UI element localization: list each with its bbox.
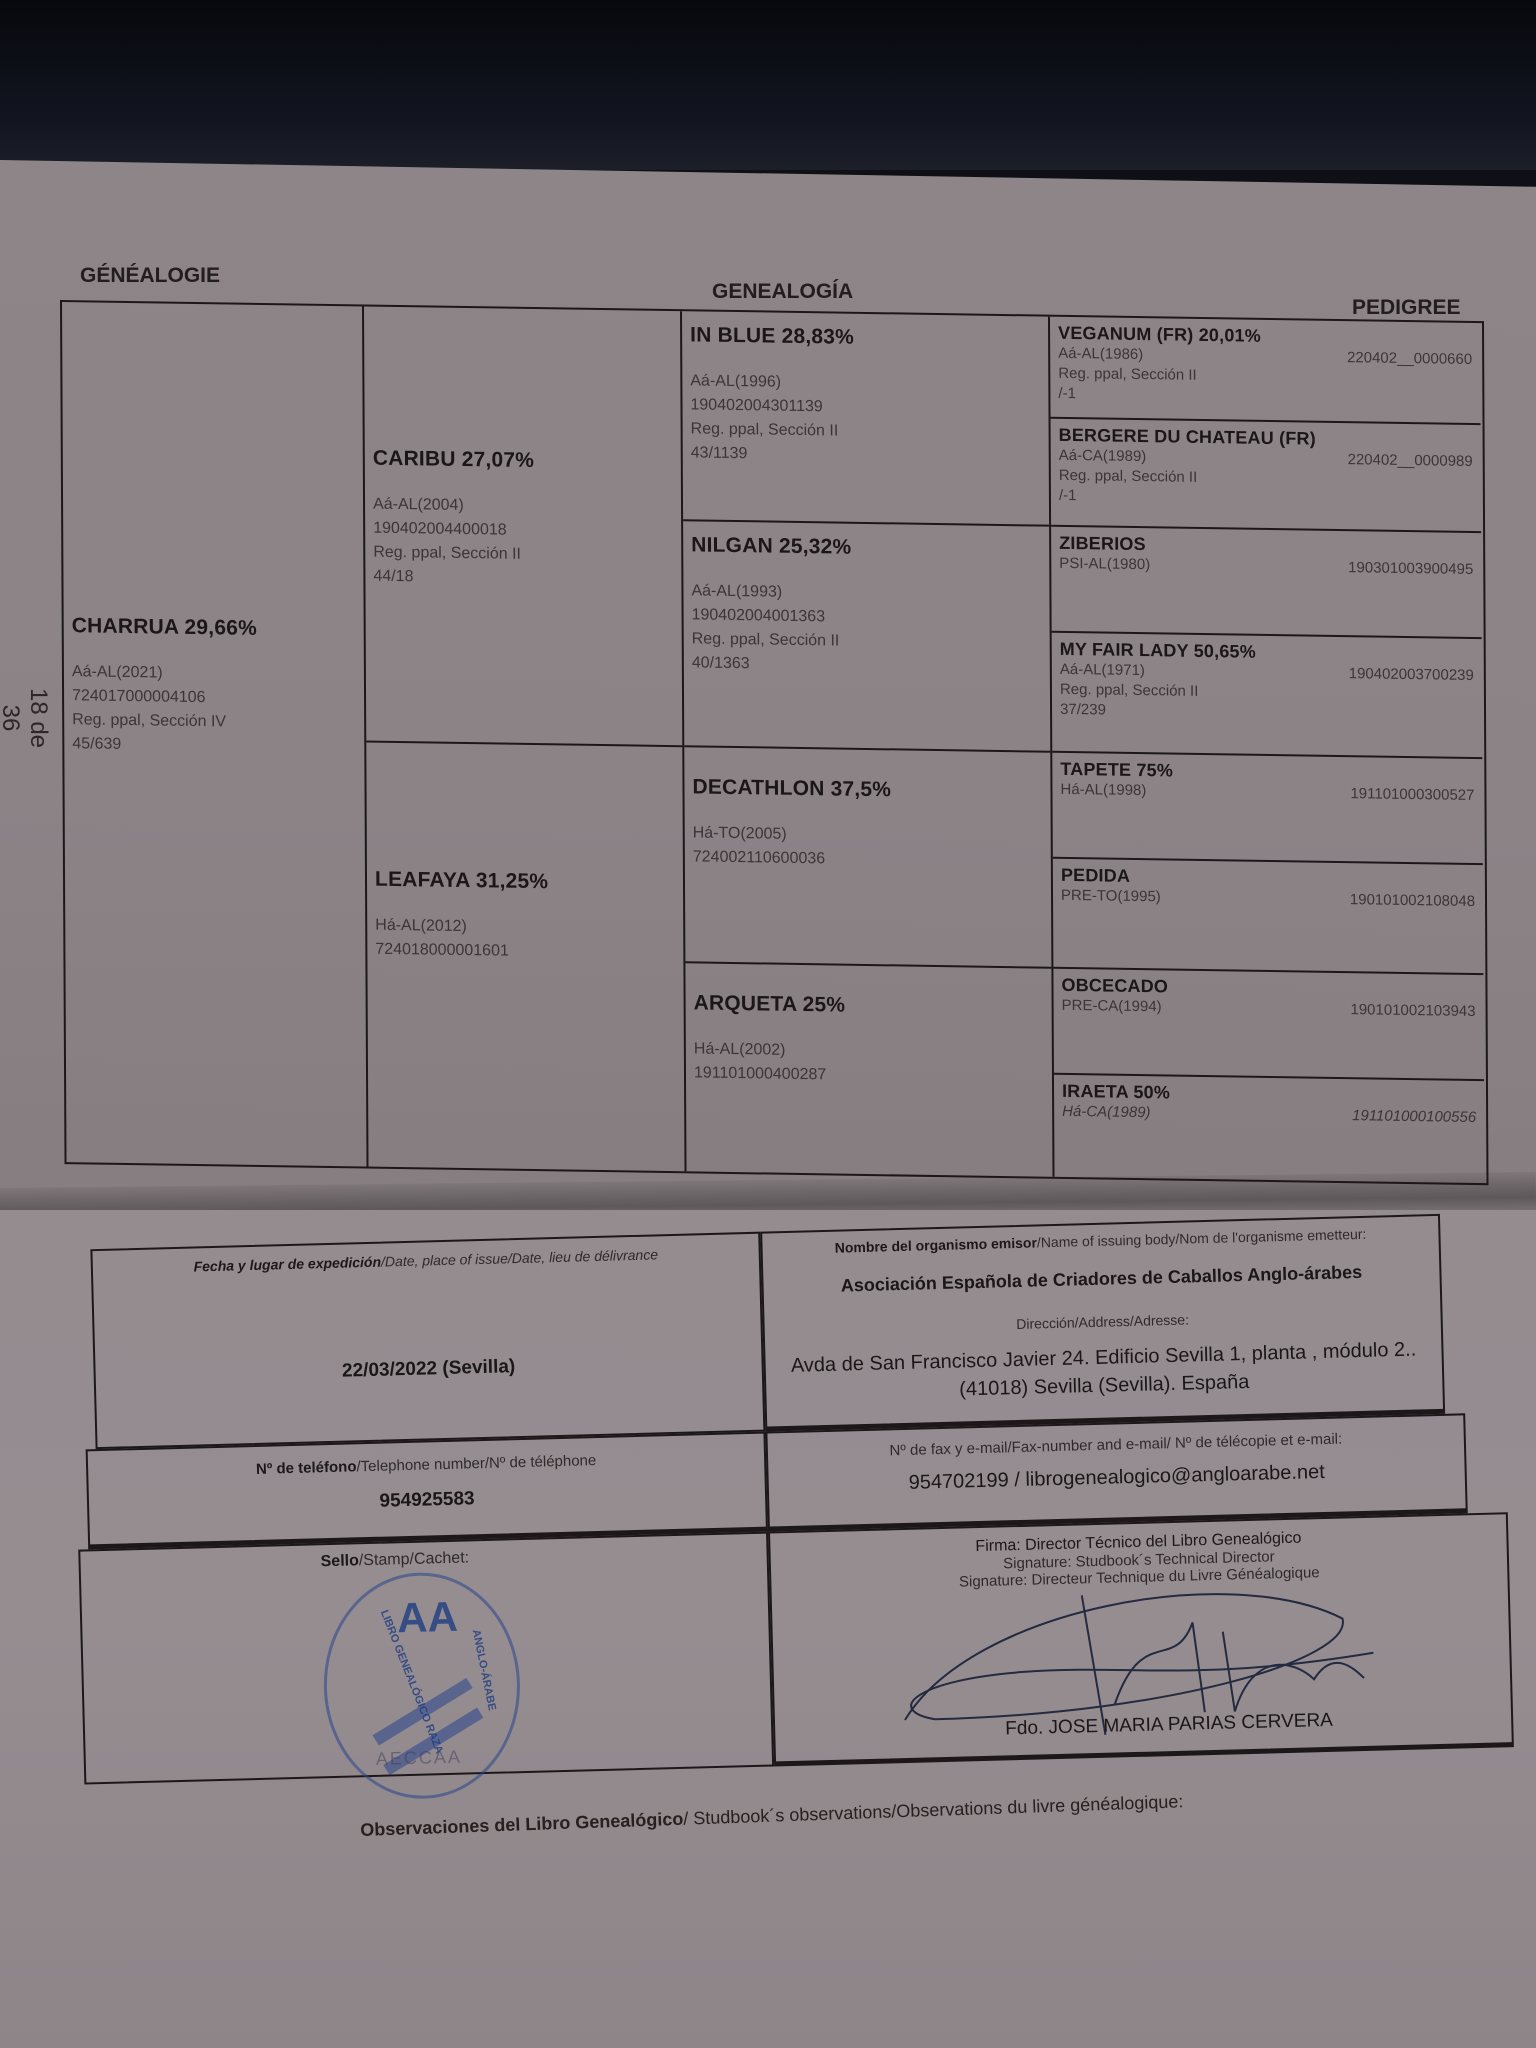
subject-book-ref: 45/639 bbox=[72, 732, 356, 760]
great-grandparent-breed-year: Aá-AL(1986) bbox=[1058, 345, 1143, 363]
great-grandparent-breed-year: PSI-AL(1980) bbox=[1059, 555, 1150, 573]
stamp-label: Sello/Stamp/Cachet: bbox=[320, 1549, 469, 1571]
great-grandparent-id: 191101000300527 bbox=[1350, 784, 1474, 806]
great-grandparent-id: 190301003900495 bbox=[1348, 558, 1473, 580]
stamp-bottom-text: AECCAA bbox=[376, 1747, 463, 1770]
pedigree-table: CHARRUA 29,66% Aá-AL(2021) 7240170000041… bbox=[60, 300, 1489, 1185]
great-grandparent-id: 191101000100556 bbox=[1352, 1106, 1476, 1128]
great-grandparent-breed-year: Há-CA(1989) bbox=[1062, 1103, 1150, 1121]
issuing-info-grid: Fecha y lugar de expedición/Date, place … bbox=[60, 1197, 1524, 1795]
grandparent-cell: DECATHLON 37,5% Há-TO(2005) 724002110600… bbox=[684, 745, 1051, 966]
issuing-body-label: Nombre del organismo emisor/Name of issu… bbox=[762, 1224, 1438, 1258]
great-grandparent-cell: TAPETE 75% Há-AL(1998)191101000300527 bbox=[1052, 751, 1483, 863]
phone-value: 954925583 bbox=[89, 1481, 765, 1521]
pedigree-parents-column: CARIBU 27,07% Aá-AL(2004) 19040200440001… bbox=[364, 307, 686, 1172]
issue-date-label: Fecha y lugar de expedición/Date, place … bbox=[93, 1244, 759, 1277]
pedigree-subject-column: CHARRUA 29,66% Aá-AL(2021) 7240170000041… bbox=[62, 302, 368, 1167]
grandparent-cell: IN BLUE 28,83% Aá-AL(1996) 1904020043011… bbox=[682, 311, 1049, 524]
fax-email-box: Nº de fax y e-mail/Fax-number and e-mail… bbox=[765, 1413, 1467, 1531]
sire-registry: Reg. ppal, Sección II bbox=[373, 541, 673, 569]
great-grandparent-cell: MY FAIR LADY 50,65% Aá-AL(1971)190402003… bbox=[1052, 631, 1483, 757]
heading-english: PEDIGREE bbox=[1352, 296, 1461, 320]
stamp-box: Sello/Stamp/Cachet: AA LIBRO GENEALÓGICO… bbox=[78, 1532, 774, 1785]
stamp-ring-right: ANGLO-ÁRABE bbox=[469, 1628, 497, 1711]
phone-box: Nº de teléfono/Telephone number/Nº de té… bbox=[86, 1432, 768, 1550]
pedigree-great-grandparents-column: VEGANUM (FR) 20,01% Aá-AL(1986)220402__0… bbox=[1050, 317, 1484, 1183]
issue-date-value: 22/03/2022 (Sevilla) bbox=[95, 1350, 761, 1389]
fax-email-value: 954702199 / librogenealogico@angloarabe.… bbox=[768, 1454, 1464, 1500]
background-dark bbox=[0, 0, 1536, 170]
sire-book-ref: 44/18 bbox=[373, 565, 673, 593]
issue-date-box: Fecha y lugar de expedición/Date, place … bbox=[90, 1232, 765, 1449]
great-grandparent-breed-year: PRE-TO(1995) bbox=[1061, 887, 1161, 905]
grandparent-id: 191101000400287 bbox=[694, 1061, 1044, 1090]
pedigree-grandparents-column: IN BLUE 28,83% Aá-AL(1996) 1904020043011… bbox=[682, 311, 1054, 1177]
subject-cell: CHARRUA 29,66% Aá-AL(2021) 7240170000041… bbox=[64, 602, 365, 772]
great-grandparent-cell: VEGANUM (FR) 20,01% Aá-AL(1986)220402__0… bbox=[1050, 317, 1481, 423]
grandparent-book-ref: 43/1139 bbox=[691, 441, 1041, 470]
great-grandparent-cell: PEDIDA PRE-TO(1995)190101002108048 bbox=[1053, 857, 1484, 973]
dam-name: LEAFAYA 31,25% bbox=[375, 868, 675, 896]
great-grandparent-breed-year: PRE-CA(1994) bbox=[1062, 997, 1162, 1015]
great-grandparent-id: 190101002103943 bbox=[1350, 1000, 1475, 1022]
heading-spanish: GENEALOGÍA bbox=[712, 280, 853, 304]
great-grandparent-breed-year: Aá-CA(1989) bbox=[1059, 447, 1147, 465]
great-grandparent-id: 190402003700239 bbox=[1349, 664, 1474, 686]
great-grandparent-cell: OBCECADO PRE-CA(1994)190101002103943 bbox=[1053, 967, 1484, 1079]
stamp-logo: AA bbox=[397, 1593, 459, 1643]
great-grandparent-cell: IRAETA 50% Há-CA(1989)191101000100556 bbox=[1054, 1073, 1485, 1183]
great-grandparent-id: 220402__0000989 bbox=[1348, 450, 1473, 472]
great-grandparent-cell: BERGERE DU CHATEAU (FR) Aá-CA(1989)22040… bbox=[1051, 417, 1482, 531]
sire-name: CARIBU 27,07% bbox=[373, 447, 673, 475]
heading-french: GÉNÉALOGIE bbox=[80, 264, 220, 288]
phone-label: Nº de teléfono/Telephone number/Nº de té… bbox=[88, 1448, 764, 1483]
great-grandparent-cell: ZIBERIOS PSI-AL(1980)190301003900495 bbox=[1051, 525, 1482, 637]
great-grandparent-breed-year: Aá-AL(1971) bbox=[1060, 661, 1145, 679]
subject-name: CHARRUA 29,66% bbox=[72, 614, 356, 642]
grandparent-cell: ARQUETA 25% Há-AL(2002) 191101000400287 bbox=[685, 961, 1052, 1176]
issuing-body-name: Asociación Española de Criadores de Caba… bbox=[763, 1260, 1439, 1299]
great-grandparent-id: 220402__0000660 bbox=[1347, 348, 1472, 370]
dam-id: 724018000001601 bbox=[375, 938, 675, 966]
grandparent-cell: NILGAN 25,32% Aá-AL(1993) 19040200400136… bbox=[683, 519, 1050, 750]
page-number: 18 de 36 bbox=[0, 678, 52, 758]
address-label: Dirección/Address/Adresse: bbox=[765, 1305, 1441, 1339]
signature-box: Firma: Director Técnico del Libro Geneal… bbox=[768, 1512, 1514, 1766]
dam-cell: LEAFAYA 31,25% Há-AL(2012) 7240180000016… bbox=[366, 741, 684, 1172]
great-grandparent-breed-year: Há-AL(1998) bbox=[1060, 781, 1146, 799]
grandparent-book-ref: 40/1363 bbox=[692, 651, 1042, 680]
issuing-body-box: Nombre del organismo emisor/Name of issu… bbox=[760, 1214, 1445, 1432]
great-grandparent-id: 190101002108048 bbox=[1350, 890, 1475, 912]
grandparent-id: 724002110600036 bbox=[693, 845, 1043, 874]
sire-cell: CARIBU 27,07% Aá-AL(2004) 19040200440001… bbox=[364, 307, 682, 746]
